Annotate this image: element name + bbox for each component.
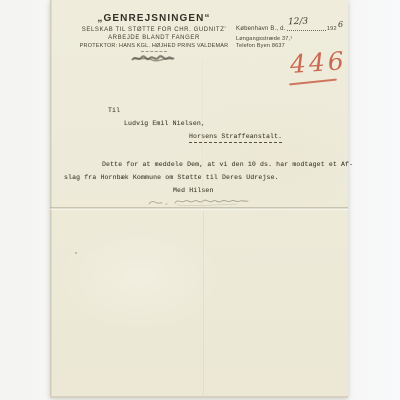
vertical-fold-crease-upper [202,60,204,207]
scan-background: „GENREJSNINGEN“ SELSKAB TIL STØTTE FOR C… [0,0,400,400]
place-label: København B., d. [236,26,286,32]
closing-line: Med Hilsen [173,187,214,194]
recipient-name: Ludvig Emil Nielsen, [124,120,205,127]
dateline-block: København B., d. 192 6 12/3 Løngangsstræ… [236,23,342,49]
printed-year: 192 [327,26,337,32]
handwritten-date: 12/3 [288,17,309,28]
protector-line: PROTEKTOR: HANS KGL. HØJHED PRINS VALDEM… [64,43,244,49]
recipient-salutation: Til [108,107,120,114]
date-row: København B., d. 192 6 12/3 [236,23,342,32]
address-line: Løngangsstræde 37,¹ [236,36,337,42]
letterhead: „GENREJSNINGEN“ SELSKAB TIL STØTTE FOR C… [56,13,252,52]
organization-title: „GENREJSNINGEN“ [56,13,252,24]
dashed-mark [141,51,167,52]
organization-subtitle-2: ARBEJDE BLANDT FANGER [56,35,252,41]
organization-subtitle-1: SELSKAB TIL STØTTE FOR CHR. GUDNITZ' [56,27,252,33]
ink-scribble-overlay [130,53,176,64]
letter-paper: „GENREJSNINGEN“ SELSKAB TIL STØTTE FOR C… [50,0,348,398]
body-line-1: Dette for at meddele Dem, at vi den 10 d… [102,161,353,168]
paper-speck [75,252,77,254]
archive-number-underline [289,78,337,85]
body-line-2: slag fra Hornbæk Kommune om Støtte til D… [64,174,279,181]
vertical-fold-crease [203,211,205,396]
handwritten-year-digit: 6 [338,20,344,29]
horizontal-fold-crease [50,207,348,210]
archive-number-handwritten: 446 [289,46,348,79]
